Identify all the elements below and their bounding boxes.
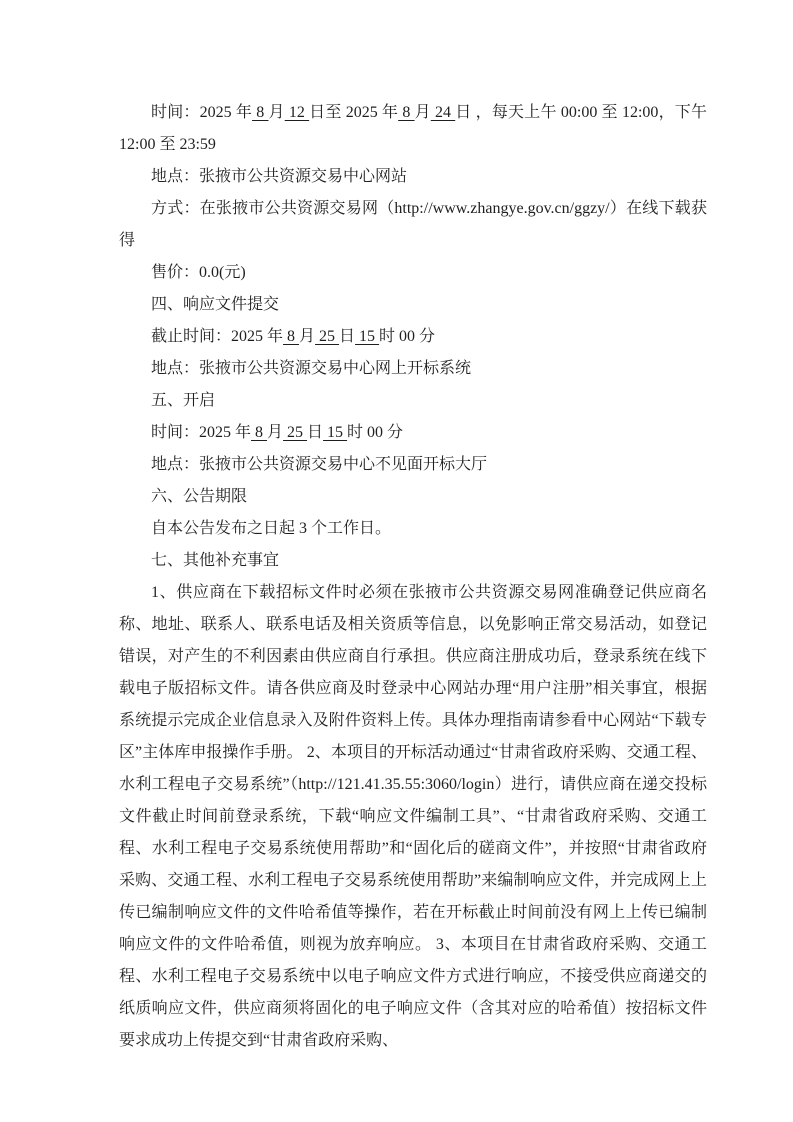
text-run: 时间：2025 年	[151, 424, 251, 441]
text-run: 日	[307, 424, 323, 441]
underlined-value: 25	[283, 424, 307, 441]
text-run: 月	[299, 328, 315, 345]
paragraph-doc-obtain-time: 时间：2025 年 8 月 12 日至 2025 年 8 月 24 日 ，每天上…	[119, 97, 707, 161]
text-run: 日	[339, 328, 355, 345]
text-run: 截止时间：2025 年	[151, 328, 283, 345]
document-page: 时间：2025 年 8 月 12 日至 2025 年 8 月 24 日 ，每天上…	[0, 0, 793, 1122]
text-run: 时间：2025 年	[151, 104, 252, 121]
text-run: 月	[415, 104, 431, 121]
text-run: 自本公告发布之日起 3 个工作日。	[151, 520, 391, 537]
text-run: 月	[268, 104, 284, 121]
underlined-value: 15	[323, 424, 347, 441]
text-run: 七、其他补充事宜	[151, 552, 279, 569]
paragraph-section-5-heading: 五、开启	[119, 385, 707, 417]
text-run: 1、供应商在下载招标文件时必须在张掖市公共资源交易网准确登记供应商名称、地址、联…	[119, 584, 707, 1049]
paragraph-opening-time: 时间：2025 年 8 月 25 日 15 时 00 分	[119, 417, 707, 449]
text-run: 方式：在张掖市公共资源交易网（http://www.zhangye.gov.cn…	[119, 200, 707, 249]
underlined-value: 8	[283, 328, 299, 345]
underlined-value: 8	[252, 104, 268, 121]
paragraph-section-4-heading: 四、响应文件提交	[119, 289, 707, 321]
paragraph-section-7-heading: 七、其他补充事宜	[119, 545, 707, 577]
paragraph-announcement-period: 自本公告发布之日起 3 个工作日。	[119, 513, 707, 545]
text-run: 地点：张掖市公共资源交易中心网站	[151, 168, 407, 185]
underlined-value: 15	[355, 328, 379, 345]
underlined-value: 25	[315, 328, 339, 345]
text-run: 地点：张掖市公共资源交易中心网上开标系统	[151, 360, 471, 377]
text-run: 四、响应文件提交	[151, 296, 279, 313]
text-run: 地点：张掖市公共资源交易中心不见面开标大厅	[151, 456, 487, 473]
paragraph-doc-obtain-location: 地点：张掖市公共资源交易中心网站	[119, 161, 707, 193]
text-run: 时 00 分	[379, 328, 435, 345]
text-run: 日至 2025 年	[309, 104, 398, 121]
underlined-value: 8	[398, 104, 414, 121]
underlined-value: 24	[431, 104, 455, 121]
text-run: 月	[267, 424, 283, 441]
paragraph-section-6-heading: 六、公告期限	[119, 481, 707, 513]
paragraph-submission-deadline: 截止时间：2025 年 8 月 25 日 15 时 00 分	[119, 321, 707, 353]
paragraph-opening-location: 地点：张掖市公共资源交易中心不见面开标大厅	[119, 449, 707, 481]
text-run: 六、公告期限	[151, 488, 247, 505]
text-run: 售价：0.0(元)	[151, 264, 246, 281]
text-run: 时 00 分	[347, 424, 403, 441]
paragraph-supplementary-notes: 1、供应商在下载招标文件时必须在张掖市公共资源交易网准确登记供应商名称、地址、联…	[119, 577, 707, 1057]
paragraph-doc-obtain-method: 方式：在张掖市公共资源交易网（http://www.zhangye.gov.cn…	[119, 193, 707, 257]
document-body: 时间：2025 年 8 月 12 日至 2025 年 8 月 24 日 ，每天上…	[119, 97, 707, 1057]
text-run: 五、开启	[151, 392, 215, 409]
paragraph-doc-price: 售价：0.0(元)	[119, 257, 707, 289]
underlined-value: 8	[251, 424, 267, 441]
underlined-value: 12	[285, 104, 309, 121]
paragraph-submission-location: 地点：张掖市公共资源交易中心网上开标系统	[119, 353, 707, 385]
